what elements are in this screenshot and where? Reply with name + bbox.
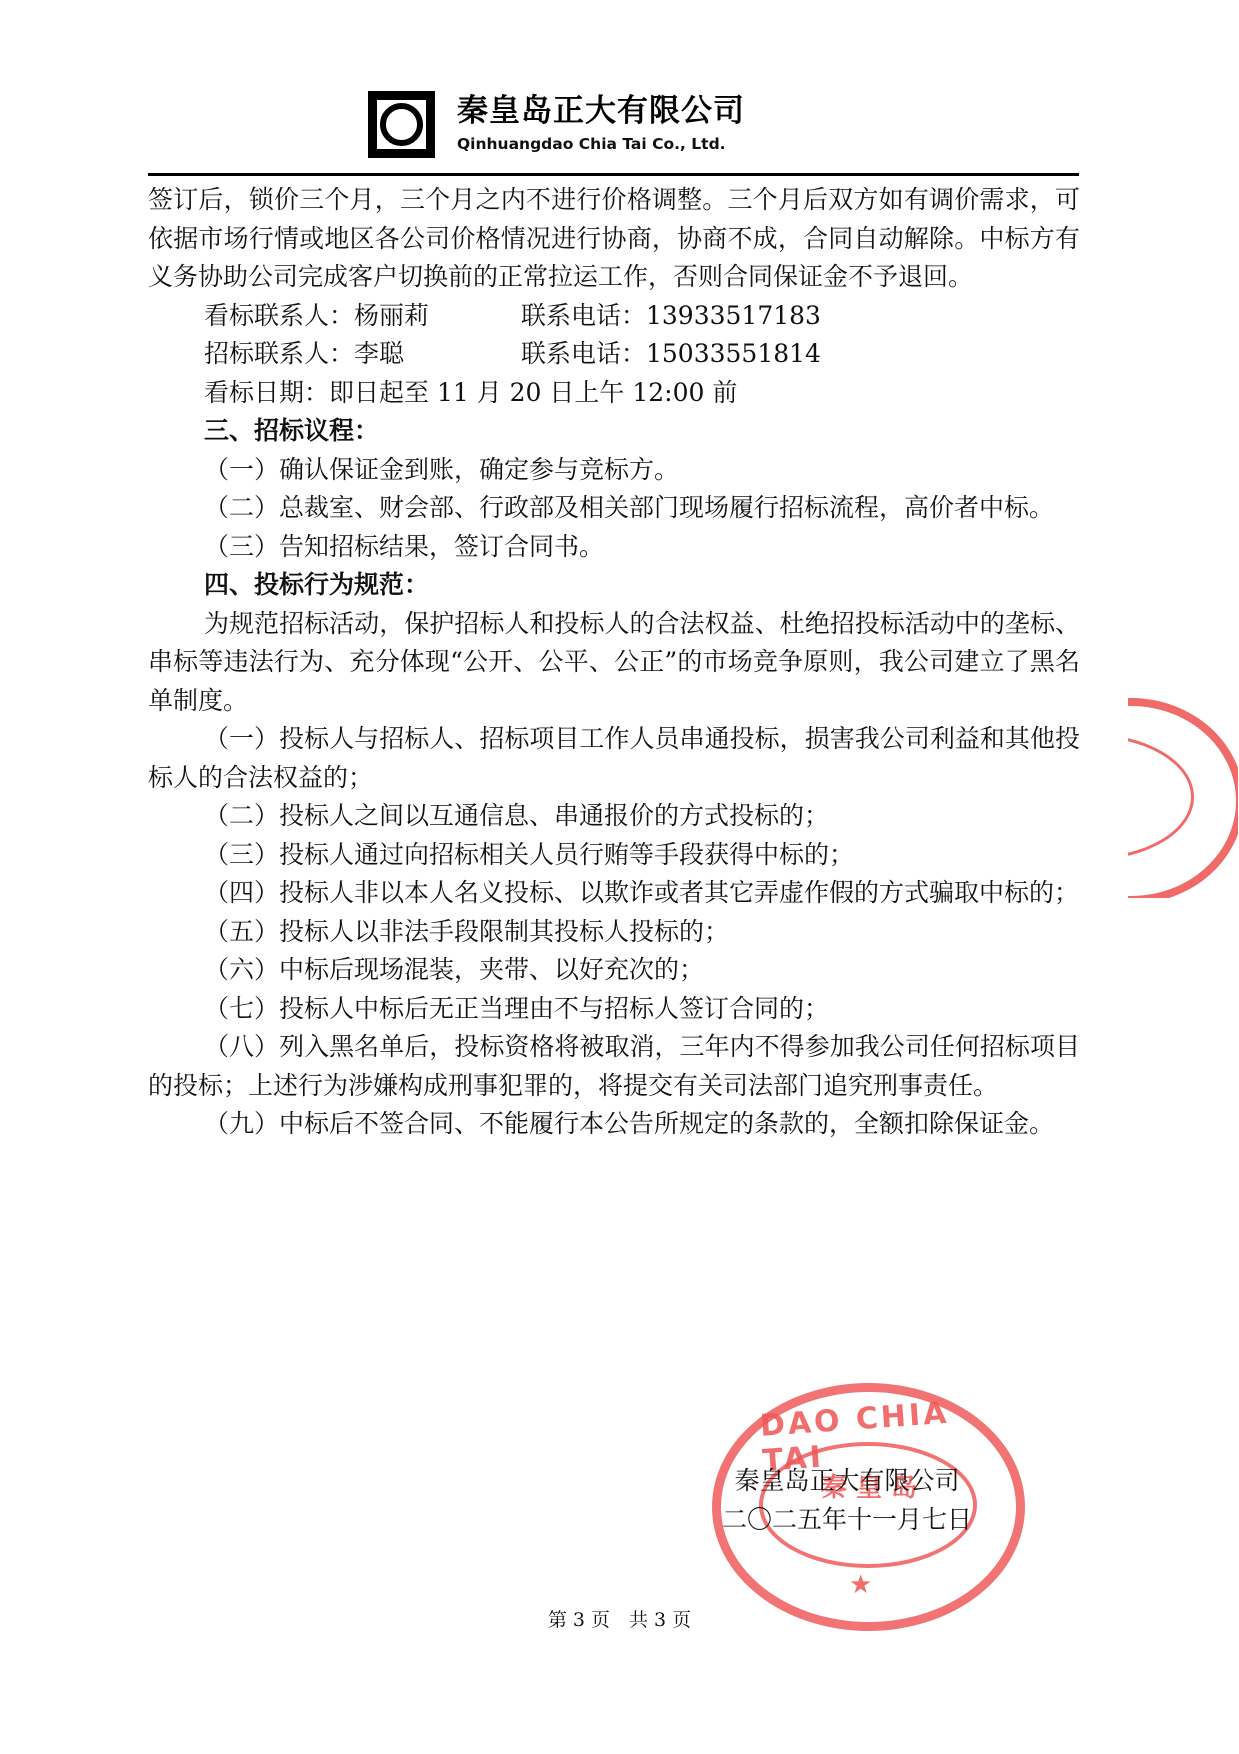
contact-name: 招标联系人：李聪 <box>204 335 521 374</box>
contact-phone: 联系电话：15033551814 <box>521 335 821 374</box>
conduct-item: （九）中标后不签合同、不能履行本公告所规定的条款的，全额扣除保证金。 <box>148 1105 1080 1144</box>
contact-row-bidding: 招标联系人：李聪 联系电话：15033551814 <box>148 335 1080 374</box>
conduct-item: （六）中标后现场混装，夹带、以好充次的； <box>148 951 1080 990</box>
company-name-cn: 秦皇岛正大有限公司 <box>457 93 745 129</box>
conduct-item: （八）列入黑名单后，投标资格将被取消，三年内不得参加我公司任何招标项目的投标；上… <box>148 1028 1080 1105</box>
contact-name: 看标联系人：杨丽莉 <box>204 297 521 336</box>
signature-block: 秦皇岛正大有限公司 二〇二五年十一月七日 <box>722 1462 972 1539</box>
company-name-en: Qinhuangdao Chia Tai Co., Ltd. <box>457 133 745 155</box>
seal-star-icon: ★ <box>849 1570 872 1600</box>
contact-phone: 联系电话：13933517183 <box>521 297 821 336</box>
section-heading-conduct: 四、投标行为规范： <box>148 566 1080 605</box>
agenda-item: （一）确认保证金到账，确定参与竞标方。 <box>148 451 1080 490</box>
company-logo-icon <box>368 91 435 158</box>
conduct-item: （四）投标人非以本人名义投标、以欺诈或者其它弄虚作假的方式骗取中标的； <box>148 874 1080 913</box>
conduct-item: （五）投标人以非法手段限制其投标人投标的； <box>148 913 1080 952</box>
header-divider <box>148 173 1079 176</box>
section-heading-agenda: 三、招标议程： <box>148 412 1080 451</box>
page-number: 第 3 页 共 3 页 <box>0 1605 1239 1632</box>
conduct-item: （一）投标人与招标人、招标项目工作人员串通投标，损害我公司利益和其他投标人的合法… <box>148 720 1080 797</box>
conduct-item: （三）投标人通过向招标相关人员行贿等手段获得中标的； <box>148 836 1080 875</box>
conduct-item: （二）投标人之间以互通信息、串通报价的方式投标的； <box>148 797 1080 836</box>
seal-edge-stamp <box>1128 698 1238 898</box>
contact-row-viewing: 看标联系人：杨丽莉 联系电话：13933517183 <box>148 297 1080 336</box>
agenda-item: （三）告知招标结果，签订合同书。 <box>148 528 1080 567</box>
viewing-date: 看标日期：即日起至 11 月 20 日上午 12:00 前 <box>148 374 1080 413</box>
document-body: 签订后，锁价三个月，三个月之内不进行价格调整。三个月后双方如有调价需求，可依据市… <box>148 181 1080 1144</box>
conduct-item: （七）投标人中标后无正当理由不与招标人签订合同的； <box>148 990 1080 1029</box>
signature-company: 秦皇岛正大有限公司 <box>722 1462 972 1501</box>
signature-date: 二〇二五年十一月七日 <box>722 1501 972 1540</box>
conduct-intro: 为规范招标活动，保护招标人和投标人的合法权益、杜绝招投标活动中的垄标、串标等违法… <box>148 605 1080 721</box>
continuation-paragraph: 签订后，锁价三个月，三个月之内不进行价格调整。三个月后双方如有调价需求，可依据市… <box>148 181 1080 297</box>
letterhead: 秦皇岛正大有限公司 Qinhuangdao Chia Tai Co., Ltd. <box>368 86 745 162</box>
agenda-item: （二）总裁室、财会部、行政部及相关部门现场履行招标流程，高价者中标。 <box>148 489 1080 528</box>
